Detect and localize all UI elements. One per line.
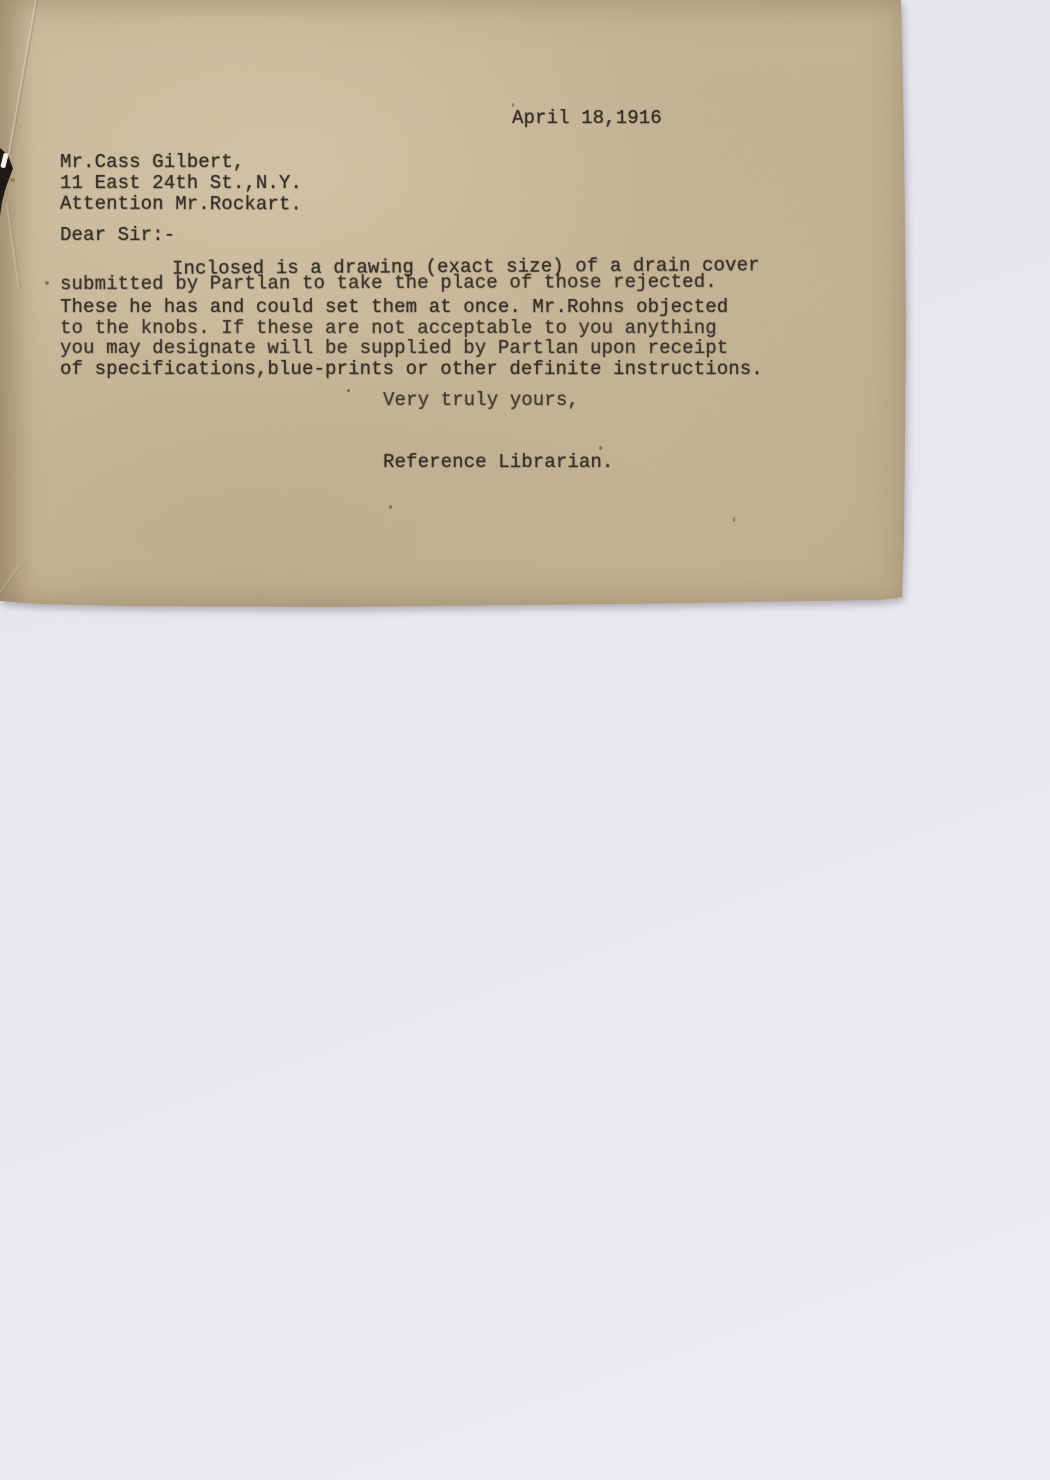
paper-speck — [10, 178, 15, 182]
body-line: submitted by Partlan to take the place o… — [60, 273, 717, 294]
paper-speck — [733, 517, 735, 522]
letter-paper-wrapper: April 18,1916 Mr.Cass Gilbert, 11 East 2… — [0, 0, 912, 614]
recipient-line: Mr.Cass Gilbert, — [60, 153, 244, 172]
photo-background: April 18,1916 Mr.Cass Gilbert, 11 East 2… — [0, 0, 1050, 1480]
paper-speck — [389, 505, 392, 509]
body-line: you may designate will be supplied by Pa… — [60, 339, 728, 358]
body-line: These he has and could set them at once.… — [60, 298, 728, 317]
recipient-line: 11 East 24th St.,N.Y. — [60, 174, 302, 193]
letter-salutation: Dear Sir:- — [60, 226, 175, 245]
body-line: to the knobs. If these are not acceptabl… — [60, 319, 717, 338]
paper-crease — [0, 564, 22, 608]
paper-crease — [6, 202, 21, 290]
body-line: of specifications,blue-prints or other d… — [60, 360, 763, 379]
paper-speck — [45, 281, 49, 285]
letter-signature: Reference Librarian. — [383, 453, 613, 472]
letter-paper: April 18,1916 Mr.Cass Gilbert, 11 East 2… — [0, 0, 908, 610]
recipient-line: Attention Mr.Rockart. — [60, 195, 302, 215]
letter-date: April 18,1916 — [512, 109, 662, 128]
letter-closing: Very truly yours, — [383, 391, 579, 410]
paper-left-fold-shade — [0, 0, 34, 610]
paper-speck — [347, 389, 350, 392]
paper-speck — [599, 446, 602, 450]
paper-crease — [8, 0, 39, 155]
